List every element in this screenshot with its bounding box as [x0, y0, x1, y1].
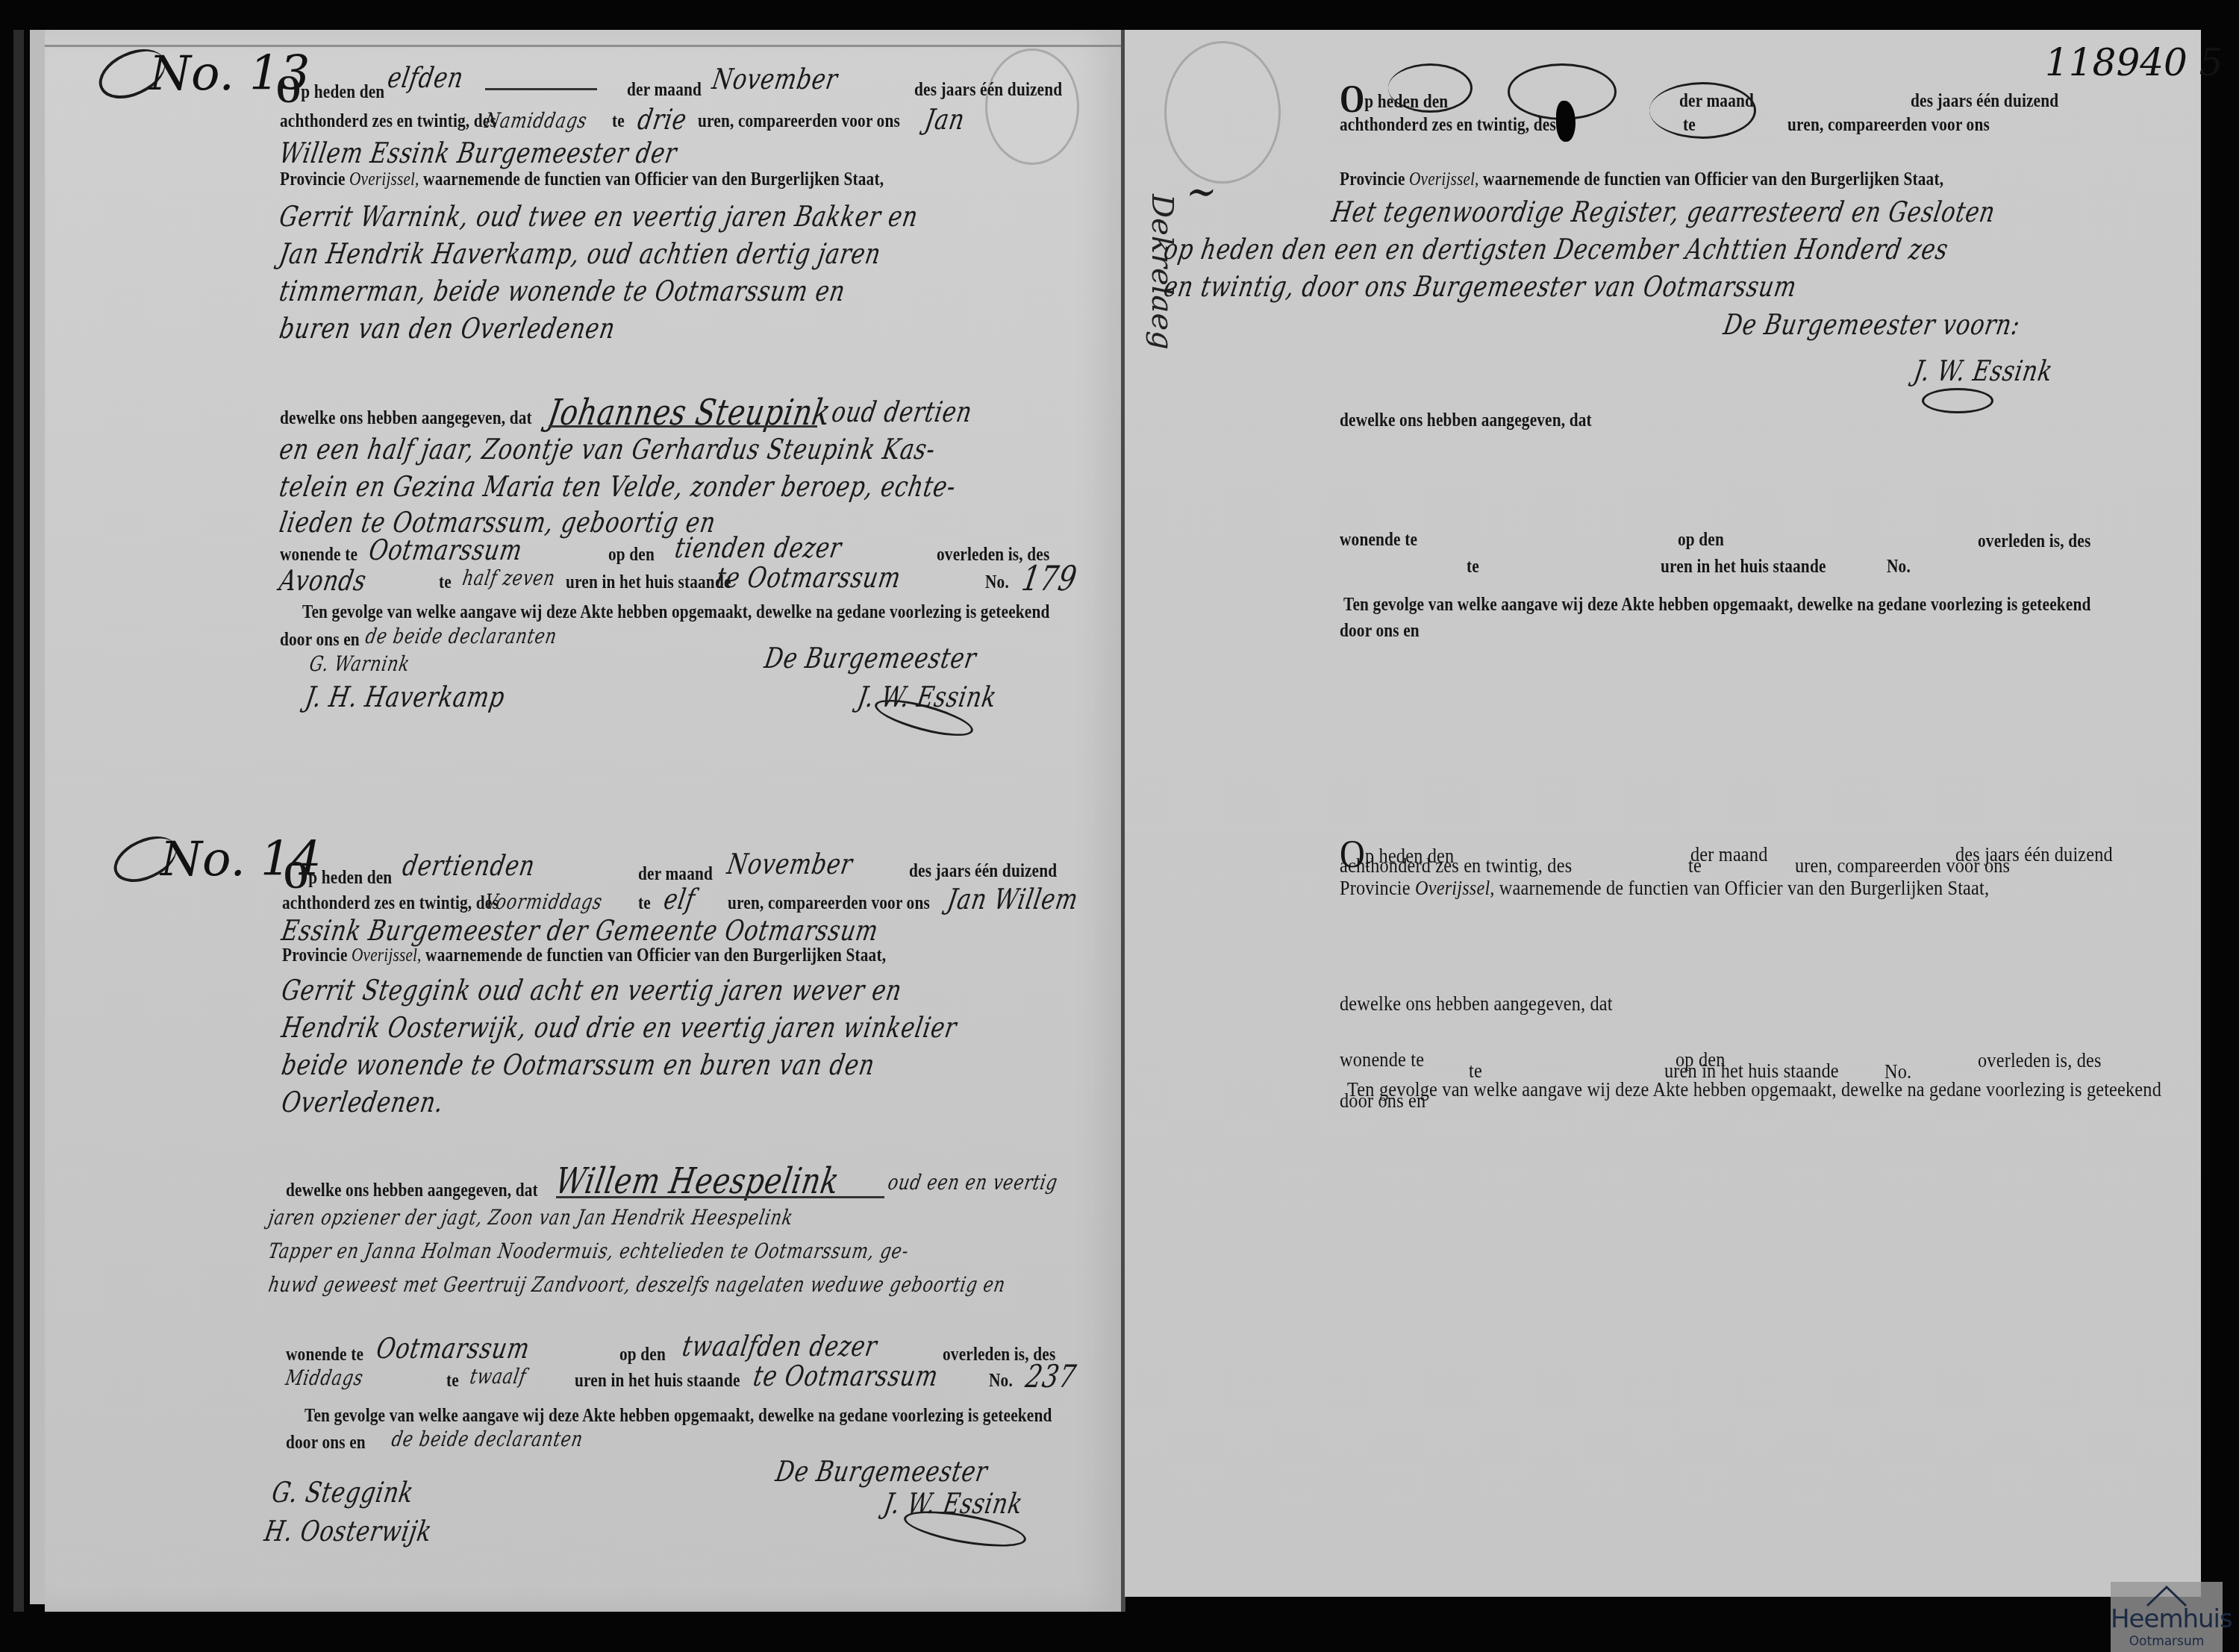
entry-13-day: elfden [385, 61, 466, 94]
form-a-no-label: No. [1887, 555, 1911, 578]
entry-14-te-label: te [638, 892, 651, 914]
entry-14-uren-huis-label: uren in het huis staande [575, 1369, 740, 1392]
entry-13-wonende-label: wonende te [280, 543, 357, 566]
entry-14-line2: achthonderd zes en twintig, des [282, 892, 499, 914]
entry-14-line1: Op heden den [284, 857, 392, 895]
entry-13-deceased-detail: oud dertien [829, 395, 975, 428]
entry-14-official: Jan Willem [945, 883, 1081, 916]
entry-13-death-day: tienden dezer [672, 531, 844, 564]
entry-14-provincie-line: Provincie Overijssel, waarnemende de fun… [282, 944, 886, 966]
entry-13-te-label2: te [439, 571, 452, 593]
entry-13-year-label: des jaars één duizend [914, 78, 1062, 101]
name-underline [556, 1196, 884, 1198]
entry-14-official-line2: Essink Burgemeester der Gemeente Ootmars… [279, 914, 881, 947]
entry-13-deceased-detail: en een half jaar, Zoontje van Gerhardus … [277, 433, 938, 466]
entry-13-witness-line: timmerman, beide wonende te Ootmarssum e… [277, 275, 848, 307]
logo-name: Heemhuis [2111, 1604, 2223, 1634]
form-a-overleden-label: overleden is, des [1978, 530, 2090, 552]
form-a-provincie-line: Provincie Overijssel, waarnemende de fun… [1340, 168, 1943, 190]
entry-14-house-location: te Ootmarssum [751, 1360, 940, 1392]
entry-14-deceased-detail: Tapper en Janna Holman Noodermuis, echte… [266, 1239, 911, 1263]
closing-line: op heden den een en dertigsten December … [1161, 233, 1951, 266]
closing-line: Het tegenwoordige Register, gearresteerd… [1329, 195, 1998, 228]
entry-14-wonende-label: wonende te [286, 1343, 363, 1365]
entry-14-house-no: 237 [1023, 1358, 1079, 1395]
form-a-door-ons: door ons en [1340, 619, 1420, 642]
form-a-uren-huis-label: uren in het huis staande [1661, 555, 1826, 578]
entry-13-mayor-title: De Burgemeester [762, 642, 979, 675]
entry-13-no-label: No. [985, 571, 1009, 593]
entry-13-ten-gevolge: Ten gevolge van welke aangave wij deze A… [302, 601, 1050, 623]
entry-14-month: November [725, 848, 855, 880]
entry-14-death-hour: twaalf [468, 1364, 528, 1389]
form-b-declared-label: dewelke ons hebben aangegeven, dat [1340, 992, 1613, 1016]
book-edge [13, 30, 24, 1612]
entry-14-year-label: des jaars één duizend [909, 860, 1057, 882]
entry-13-month: November [710, 63, 840, 96]
entry-13-house-no: 179 [1019, 558, 1080, 598]
entry-14-death-part-of-day: Middags [284, 1365, 365, 1390]
fill-line [485, 88, 597, 90]
entry-14-deceased-detail: oud een en veertig [886, 1170, 1060, 1195]
form-a-wonende-label: wonende te [1340, 528, 1417, 551]
form-b-overleden-label: overleden is, des [1978, 1049, 2102, 1072]
entry-13-witness-line: Jan Hendrik Haverkamp, oud achtien derti… [277, 237, 884, 270]
entry-14-witness-line: Gerrit Steggink oud acht en veertig jare… [279, 974, 905, 1007]
entry-13-official-line2: Willem Essink Burgemeester der [277, 137, 679, 169]
entry-14-day: dertienden [400, 849, 537, 882]
entry-13-residence: Ootmarssum [366, 534, 525, 566]
entry-13-signed-with: de beide declaranten [363, 624, 559, 648]
folio-number: 118940 5 [2045, 41, 2223, 84]
entry-14-residence: Ootmarssum [374, 1332, 532, 1365]
entry-13-death-hour: half zeven [460, 566, 557, 590]
entry-14-part-of-day: Voormiddags [483, 889, 604, 914]
entry-13-uren-label: uren, compareerden voor ons [698, 110, 900, 132]
entry-14-te-label2: te [446, 1369, 459, 1392]
form-b-door-ons: door ons en [1340, 1089, 1425, 1113]
seal-stamp-icon [1164, 41, 1281, 184]
closing-mayor-title: De Burgemeester voorn: [1721, 308, 2023, 341]
entry-14-witness-line: Overledenen. [279, 1086, 446, 1118]
entry-14-op-den-label: op den [619, 1343, 666, 1365]
entry-14-deceased-detail: huwd geweest met Geertruij Zandvoort, de… [266, 1272, 1008, 1297]
form-a-line2: achthonderd zes en twintig, des [1340, 113, 1556, 136]
entry-13-house-location: te Ootmarssum [713, 561, 903, 594]
signature-flourish-icon [1922, 388, 1993, 413]
form-a-declared-label: dewelke ons hebben aangegeven, dat [1340, 409, 1592, 431]
entry-14-mayor-title: De Burgemeester [773, 1455, 990, 1488]
entry-13-line2: achthonderd zes en twintig, des [280, 110, 496, 132]
entry-14-declared-label: dewelke ons hebben aangegeven, dat [286, 1179, 538, 1201]
name-underline [549, 425, 817, 428]
seal-stamp-icon [985, 49, 1079, 165]
entry-13-official: Jan [922, 103, 967, 136]
form-b-uren-label: uren, compareerden voor ons [1795, 854, 2010, 877]
form-b-maand-label: der maand [1690, 843, 1768, 866]
form-a-op-den-label: op den [1678, 528, 1724, 551]
entry-14-witness-line: beide wonende te Ootmarssum en buren van… [279, 1048, 877, 1081]
entry-13-door-ons: door ons en [280, 628, 360, 651]
entry-13-witness-line: buren van den Overledenen [277, 312, 617, 345]
entry-14-signed-with: de beide declaranten [390, 1427, 585, 1451]
entry-14-death-day: twaalfden dezer [680, 1330, 880, 1362]
form-a-te-label2: te [1467, 555, 1479, 578]
entry-13-declared-label: dewelke ons hebben aangegeven, dat [280, 407, 532, 429]
entry-13-witness-line: Gerrit Warnink, oud twee en veertig jare… [277, 200, 920, 233]
entry-14-no-label: No. [989, 1369, 1013, 1392]
entry-13-signature: J. H. Haverkamp [303, 680, 508, 713]
form-b-ten-gevolge: Ten gevolge van welke aangave wij deze A… [1347, 1078, 2161, 1101]
form-a-ten-gevolge: Ten gevolge van welke aangave wij deze A… [1343, 593, 2091, 616]
form-b-line2: achthonderd zes en twintig, des [1340, 854, 1572, 877]
heemhuis-logo: Heemhuis Ootmarsum [2111, 1582, 2223, 1652]
form-b-te-label: te [1688, 854, 1702, 877]
entry-14-deceased-detail: jaren opziener der jagt, Zoon van Jan He… [266, 1205, 795, 1230]
entry-13-provincie-line: Provincie Overijssel, waarnemende de fun… [280, 168, 884, 190]
form-b-wonende-label: wonende te [1340, 1048, 1424, 1071]
entry-14-witness-line: Hendrik Oosterwijk, oud drie en veertig … [279, 1011, 959, 1044]
logo-subtitle: Ootmarsum [2111, 1634, 2223, 1649]
entry-14-door-ons: door ons en [286, 1431, 366, 1454]
entry-13-te-label: te [612, 110, 625, 132]
entry-14-hour: elf [661, 883, 698, 916]
entry-13-line1: Op heden den [276, 71, 384, 110]
form-a-year-label: des jaars één duizend [1911, 90, 2058, 112]
entry-14-uren-label: uren, compareerden voor ons [728, 892, 930, 914]
cancel-scribble-icon [1388, 63, 1473, 113]
form-a-uren-label: uren, compareerden voor ons [1787, 113, 1990, 136]
entry-13-signature: G. Warnink [307, 651, 412, 676]
entry-13-op-den-label: op den [608, 543, 655, 566]
entry-14-ten-gevolge: Ten gevolge van welke aangave wij deze A… [305, 1404, 1052, 1427]
entry-13-deceased-detail: telein en Gezina Maria ten Velde, zonder… [277, 470, 958, 503]
entry-13-uren-huis-label: uren in het huis staande [566, 571, 731, 593]
entry-13-hour: drie [635, 103, 689, 136]
entry-13-maand-label: der maand [627, 78, 702, 101]
entry-13-death-part-of-day: Avonds [277, 564, 369, 597]
entry-14-maand-label: der maand [638, 863, 713, 885]
entry-14-signature: H. Oosterwijk [262, 1515, 434, 1548]
closing-line: en twintig, door ons Burgemeester van Oo… [1161, 270, 1799, 303]
closing-mayor-signature: J. W. Essink [1911, 354, 2055, 387]
entry-14-signature: G. Steggink [269, 1476, 416, 1509]
entry-13-part-of-day: Namiddags [483, 108, 589, 133]
form-b-provincie-line: Provincie Overijssel, waarnemende de fun… [1340, 877, 1989, 900]
cancel-scribble-icon [1649, 82, 1756, 139]
